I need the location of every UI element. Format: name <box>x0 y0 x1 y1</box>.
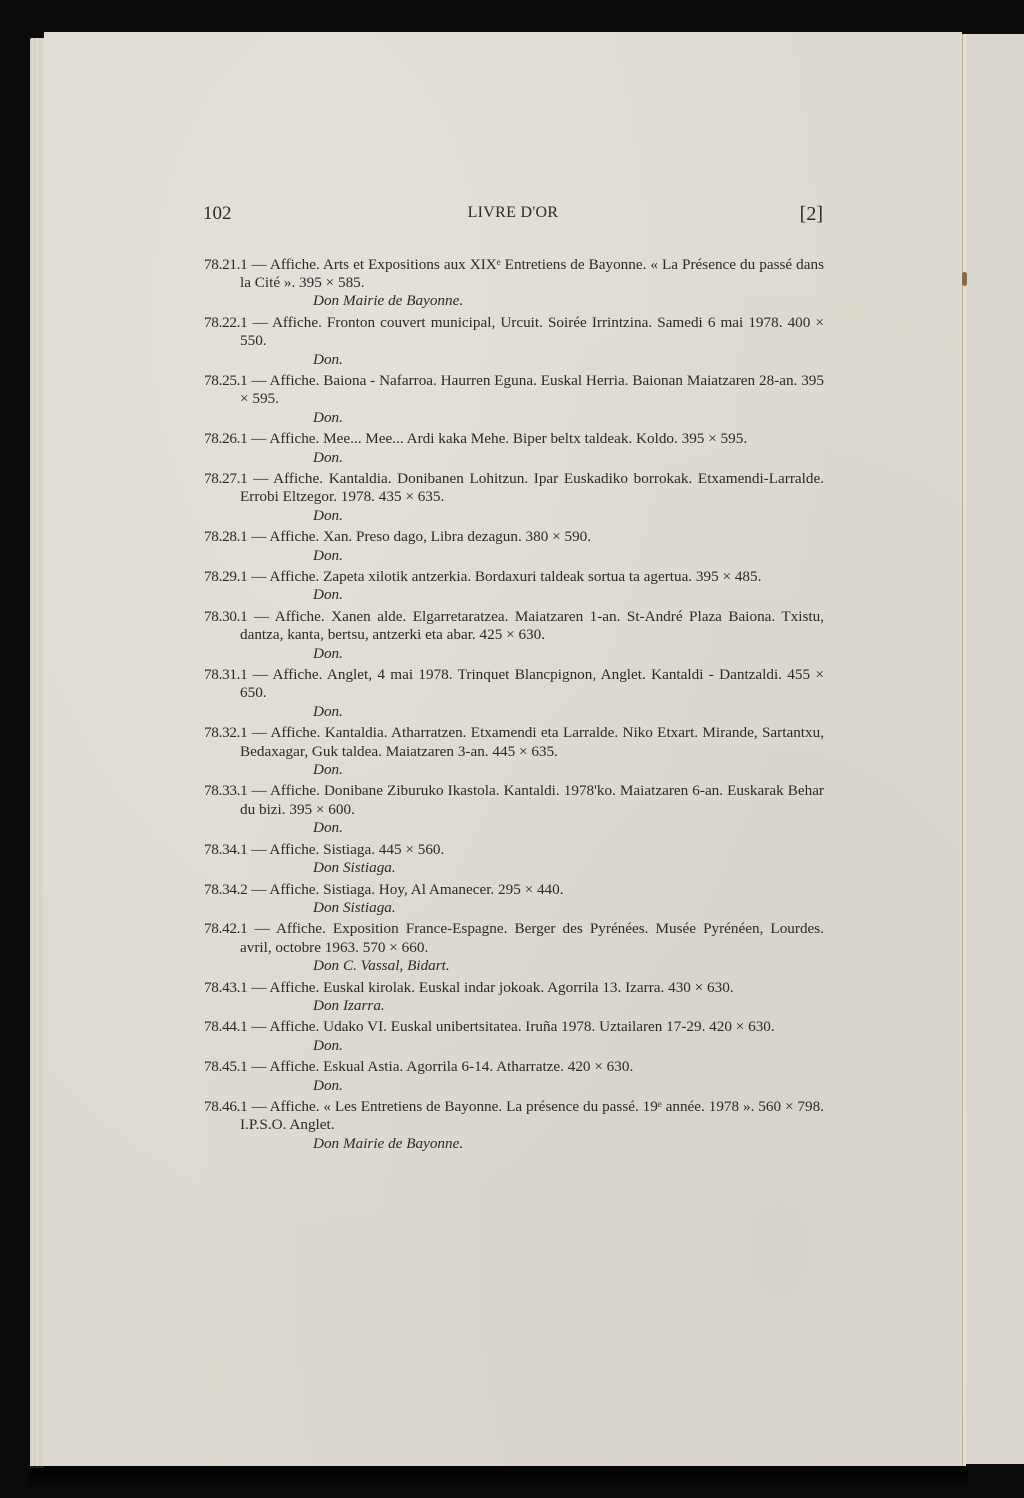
catalogue-entry: 78.30.1 — Affiche. Xanen alde. Elgarreta… <box>204 608 824 663</box>
entry-donor: Don. <box>204 449 824 467</box>
catalogue-entry: 78.44.1 — Affiche. Udako VI. Euskal unib… <box>204 1018 824 1054</box>
entry-separator: — <box>247 1058 269 1075</box>
entry-separator: — <box>247 608 274 625</box>
entry-separator: — <box>247 568 269 585</box>
page-shadow <box>28 1466 968 1490</box>
page-stack-edge <box>30 38 44 1468</box>
entry-body: 78.45.1 — Affiche. Eskual Astia. Agorril… <box>204 1058 824 1076</box>
entry-donor: Don. <box>204 1037 824 1055</box>
entry-body: 78.29.1 — Affiche. Zapeta xilotik antzer… <box>204 568 824 586</box>
entry-id: 78.28.1 <box>204 528 247 545</box>
entry-donor: Don Sistiaga. <box>204 859 824 877</box>
paper-stain <box>962 272 967 286</box>
entry-text: Affiche. Exposition France-Espagne. Berg… <box>240 920 824 955</box>
entry-donor: Don Sistiaga. <box>204 899 824 917</box>
entry-id: 78.27.1 <box>204 470 247 487</box>
entry-id: 78.34.2 <box>204 881 247 898</box>
entry-body: 78.33.1 — Affiche. Donibane Ziburuko Ika… <box>204 782 824 818</box>
entry-separator: — <box>247 1098 269 1115</box>
entry-text: Affiche. Baiona - Nafarroa. Haurren Egun… <box>240 372 824 407</box>
entry-id: 78.33.1 <box>204 782 247 799</box>
entry-id: 78.43.1 <box>204 979 247 996</box>
catalogue-entry: 78.45.1 — Affiche. Eskual Astia. Agorril… <box>204 1058 824 1094</box>
entry-donor: Don. <box>204 507 824 525</box>
entry-donor: Don. <box>204 645 824 663</box>
catalogue-entry: 78.21.1 — Affiche. Arts et Expositions a… <box>204 256 824 311</box>
catalogue-entry: 78.46.1 — Affiche. « Les Entretiens de B… <box>204 1098 824 1153</box>
catalogue-entry: 78.22.1 — Affiche. Fronton couvert munic… <box>204 314 824 369</box>
entry-body: 78.26.1 — Affiche. Mee... Mee... Ardi ka… <box>204 430 824 448</box>
section-marker: [2] <box>800 203 823 226</box>
entry-body: 78.34.1 — Affiche. Sistiaga. 445 × 560. <box>204 841 824 859</box>
entry-body: 78.43.1 — Affiche. Euskal kirolak. Euska… <box>204 979 824 997</box>
entry-text: Affiche. Mee... Mee... Ardi kaka Mehe. B… <box>269 430 747 447</box>
entry-id: 78.42.1 <box>204 920 247 937</box>
entry-text: Affiche. Xan. Preso dago, Libra dezagun.… <box>269 528 591 545</box>
entry-body: 78.46.1 — Affiche. « Les Entretiens de B… <box>204 1098 824 1134</box>
catalogue-entry: 78.43.1 — Affiche. Euskal kirolak. Euska… <box>204 979 824 1015</box>
entry-id: 78.44.1 <box>204 1018 247 1035</box>
entry-separator: — <box>247 314 272 331</box>
entry-donor: Don. <box>204 761 824 779</box>
entry-separator: — <box>247 782 270 799</box>
entry-donor: Don. <box>204 547 824 565</box>
entry-separator: — <box>247 724 270 741</box>
entry-body: 78.42.1 — Affiche. Exposition France-Esp… <box>204 920 824 956</box>
entry-donor: Don Izarra. <box>204 997 824 1015</box>
catalogue-entry: 78.33.1 — Affiche. Donibane Ziburuko Ika… <box>204 782 824 837</box>
entry-donor: Don. <box>204 409 824 427</box>
entry-donor: Don Mairie de Bayonne. <box>204 1135 824 1153</box>
entry-id: 78.29.1 <box>204 568 247 585</box>
catalogue-entry: 78.34.1 — Affiche. Sistiaga. 445 × 560.D… <box>204 841 824 877</box>
catalogue-entry: 78.34.2 — Affiche. Sistiaga. Hoy, Al Ama… <box>204 881 824 917</box>
catalogue-entry: 78.25.1 — Affiche. Baiona - Nafarroa. Ha… <box>204 372 824 427</box>
catalogue-entry: 78.31.1 — Affiche. Anglet, 4 mai 1978. T… <box>204 666 824 721</box>
entry-separator: — <box>247 528 269 545</box>
entry-donor: Don. <box>204 586 824 604</box>
entry-text: Affiche. « Les Entretiens de Bayonne. La… <box>240 1098 824 1133</box>
entry-donor: Don Mairie de Bayonne. <box>204 292 824 310</box>
entry-donor: Don. <box>204 1077 824 1095</box>
entry-text: Affiche. Xanen alde. Elgarretaratzea. Ma… <box>240 608 824 643</box>
entry-separator: — <box>247 470 273 487</box>
entry-id: 78.34.1 <box>204 841 247 858</box>
catalogue-entry: 78.28.1 — Affiche. Xan. Preso dago, Libr… <box>204 528 824 564</box>
entry-body: 78.32.1 — Affiche. Kantaldia. Atharratze… <box>204 724 824 760</box>
entry-text: Affiche. Euskal kirolak. Euskal indar jo… <box>269 979 733 996</box>
catalogue-entry: 78.29.1 — Affiche. Zapeta xilotik antzer… <box>204 568 824 604</box>
entry-id: 78.32.1 <box>204 724 247 741</box>
entry-separator: — <box>247 841 269 858</box>
entry-separator: — <box>247 372 269 389</box>
entry-donor: Don. <box>204 703 824 721</box>
entry-separator: — <box>247 881 269 898</box>
running-head: 102 LIVRE D'OR [2] <box>203 203 823 227</box>
entry-text: Affiche. Arts et Expositions aux XIXᵉ En… <box>240 256 824 291</box>
entry-body: 78.44.1 — Affiche. Udako VI. Euskal unib… <box>204 1018 824 1036</box>
catalogue-entry: 78.27.1 — Affiche. Kantaldia. Donibanen … <box>204 470 824 525</box>
entry-id: 78.25.1 <box>204 372 247 389</box>
entry-separator: — <box>247 979 269 996</box>
entry-donor: Don. <box>204 351 824 369</box>
entry-separator: — <box>247 920 275 937</box>
entry-body: 78.28.1 — Affiche. Xan. Preso dago, Libr… <box>204 528 824 546</box>
catalogue-entry: 78.26.1 — Affiche. Mee... Mee... Ardi ka… <box>204 430 824 466</box>
entry-id: 78.21.1 <box>204 256 247 273</box>
entry-separator: — <box>247 1018 269 1035</box>
entry-body: 78.21.1 — Affiche. Arts et Expositions a… <box>204 256 824 292</box>
catalogue-entries: 78.21.1 — Affiche. Arts et Expositions a… <box>204 256 824 1156</box>
entry-donor: Don C. Vassal, Bidart. <box>204 957 824 975</box>
entry-text: Affiche. Kantaldia. Atharratzen. Etxamen… <box>240 724 824 759</box>
entry-text: Affiche. Eskual Astia. Agorrila 6-14. At… <box>269 1058 633 1075</box>
entry-separator: — <box>247 256 269 273</box>
entry-body: 78.25.1 — Affiche. Baiona - Nafarroa. Ha… <box>204 372 824 408</box>
entry-body: 78.27.1 — Affiche. Kantaldia. Donibanen … <box>204 470 824 506</box>
catalogue-entry: 78.42.1 — Affiche. Exposition France-Esp… <box>204 920 824 975</box>
entry-donor: Don. <box>204 819 824 837</box>
entry-id: 78.45.1 <box>204 1058 247 1075</box>
entry-id: 78.30.1 <box>204 608 247 625</box>
entry-id: 78.46.1 <box>204 1098 247 1115</box>
entry-separator: — <box>247 430 269 447</box>
entry-id: 78.31.1 <box>204 666 247 683</box>
entry-body: 78.31.1 — Affiche. Anglet, 4 mai 1978. T… <box>204 666 824 702</box>
entry-body: 78.22.1 — Affiche. Fronton couvert munic… <box>204 314 824 350</box>
facing-page-edge <box>966 34 1024 1464</box>
entry-text: Affiche. Fronton couvert municipal, Urcu… <box>240 314 824 349</box>
entry-text: Affiche. Sistiaga. 445 × 560. <box>269 841 444 858</box>
entry-body: 78.34.2 — Affiche. Sistiaga. Hoy, Al Ama… <box>204 881 824 899</box>
entry-text: Affiche. Sistiaga. Hoy, Al Amanecer. 295… <box>269 881 563 898</box>
entry-id: 78.26.1 <box>204 430 247 447</box>
entry-text: Affiche. Udako VI. Euskal unibertsitatea… <box>269 1018 774 1035</box>
running-title: LIVRE D'OR <box>203 204 823 222</box>
entry-separator: — <box>247 666 272 683</box>
entry-body: 78.30.1 — Affiche. Xanen alde. Elgarreta… <box>204 608 824 644</box>
entry-text: Affiche. Donibane Ziburuko Ikastola. Kan… <box>240 782 824 817</box>
entry-text: Affiche. Zapeta xilotik antzerkia. Borda… <box>269 568 761 585</box>
entry-text: Affiche. Anglet, 4 mai 1978. Trinquet Bl… <box>240 666 824 701</box>
entry-text: Affiche. Kantaldia. Donibanen Lohitzun. … <box>240 470 824 505</box>
catalogue-entry: 78.32.1 — Affiche. Kantaldia. Atharratze… <box>204 724 824 779</box>
entry-id: 78.22.1 <box>204 314 247 331</box>
